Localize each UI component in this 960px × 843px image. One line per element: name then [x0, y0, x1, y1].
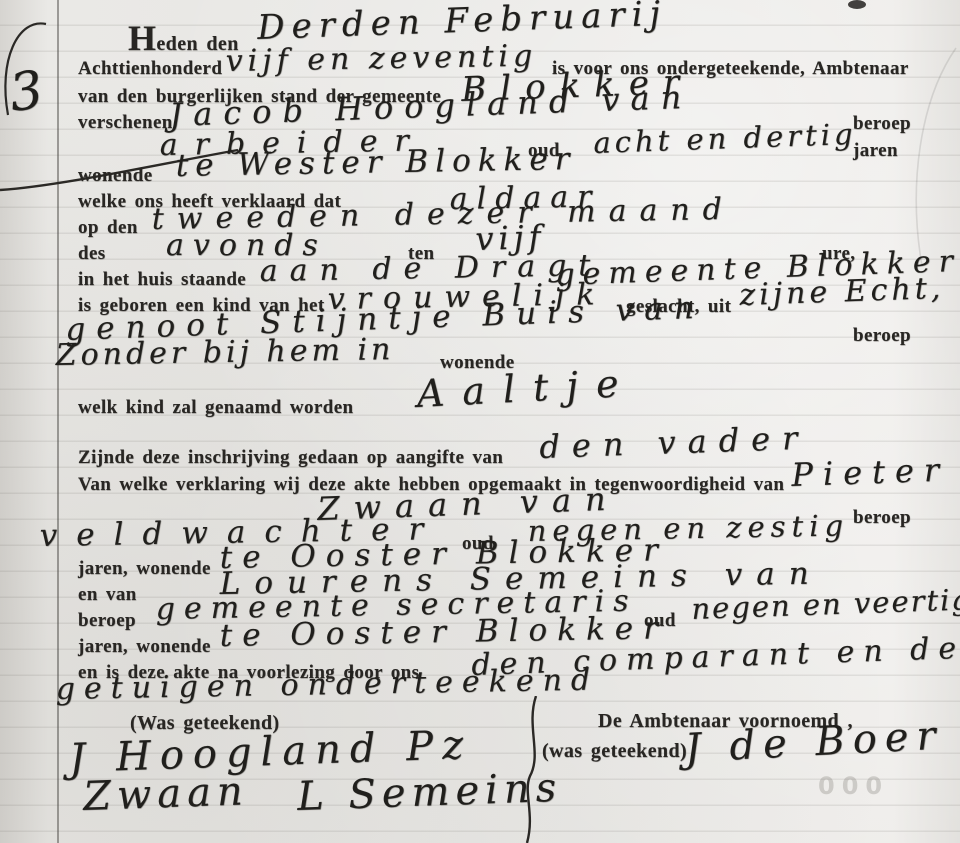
label-beroep-2: beroep — [853, 325, 911, 347]
label-was-geteekend-right: (was geteekend) — [542, 740, 687, 763]
label-des: des — [78, 243, 106, 265]
act-number: 3 — [6, 60, 47, 124]
watermark-000: 000 — [818, 772, 889, 800]
label-wonende-1: wonende — [78, 165, 153, 187]
label-achttienhonderd: Achttienhonderd — [78, 58, 222, 80]
field-mother-beroep: Zonder bij hem in — [55, 332, 394, 373]
label-beroep-3: beroep — [853, 507, 911, 529]
label-beroep-1: beroep — [853, 113, 911, 135]
label-in-het-huis: in het huis staande — [78, 269, 246, 291]
birth-certificate-scan: 3 Heden den Derden Februarij Achttienhon… — [0, 0, 960, 843]
label-jaren-1: jaren — [853, 140, 898, 162]
label-beroep-4: beroep — [78, 610, 136, 632]
signature-witness2: L Semeins — [296, 765, 562, 820]
field-echt: zijne Echt, — [739, 271, 945, 313]
field-witness1-first: Pieter — [791, 451, 950, 494]
field-informant: den vader — [539, 419, 810, 466]
label-op-den: op den — [78, 217, 138, 239]
label-jaren-wonende-1: jaren, wonende — [78, 558, 211, 580]
margin-line — [57, 0, 59, 843]
label-heden-den: Heden den — [128, 24, 239, 56]
ink-blot — [848, 0, 866, 9]
label-welk-kind: welk kind zal genaamd worden — [78, 397, 354, 419]
signature-witness1: Zwaan — [82, 768, 249, 820]
field-declarant-age: acht en dertig — [593, 117, 857, 160]
field-declarant-residence: te Wester Blokker — [175, 141, 576, 184]
label-zijnde-deze: Zijnde deze inschrijving gedaan op aangi… — [78, 447, 503, 469]
label-jaren-wonende-2: jaren, wonende — [78, 636, 211, 658]
label-en-van: en van — [78, 584, 137, 606]
